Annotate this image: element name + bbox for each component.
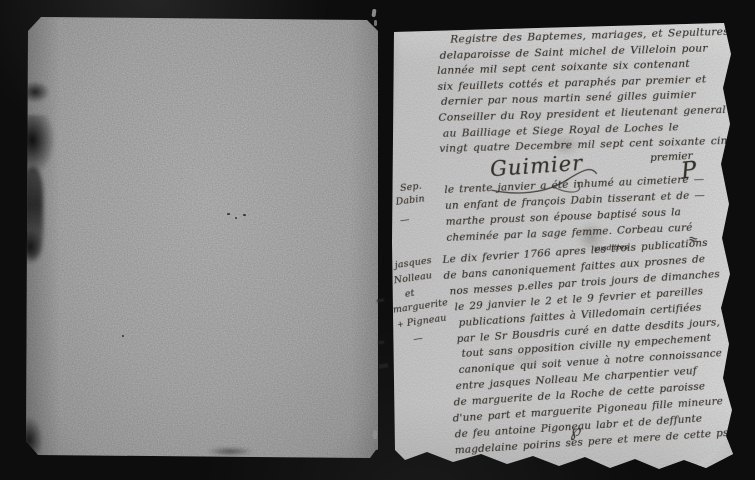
margin-line: Dabin [395, 193, 426, 210]
paper-grain-texture [26, 17, 378, 458]
scanned-register-spread: Registre des Baptemes, mariages, et Sepu… [0, 0, 755, 480]
left-blank-page [26, 17, 378, 458]
ink-smudge [206, 447, 254, 456]
binding-stitch [374, 20, 377, 26]
binding-stitch [371, 9, 376, 17]
register-header-text: Registre des Baptemes, mariages, et Sepu… [436, 25, 735, 158]
margin-dash: — [399, 211, 428, 228]
ink-mark [377, 298, 384, 302]
ink-speck [227, 213, 230, 215]
ink-smudge [17, 115, 55, 175]
margin-cross-mark: + [396, 320, 404, 330]
binding-stitch [375, 443, 378, 450]
ink-smudge [17, 229, 44, 265]
ink-speck [243, 214, 246, 216]
right-manuscript-page: Registre des Baptemes, mariages, et Sepu… [388, 22, 735, 472]
ink-smudge [15, 417, 43, 463]
margin-note-sepulture: Sep. Dabin — [393, 179, 427, 227]
marriage-banns-entry-text: Le dix fevrier 1766 apres les trois publ… [442, 234, 742, 459]
burial-entry-text: le trente janvier a été inhumé au cimeti… [444, 171, 707, 246]
ink-mark [378, 341, 384, 345]
binding-stitch [373, 430, 377, 439]
ink-speck [235, 217, 237, 219]
ink-smudge [20, 81, 50, 103]
ink-mark [379, 363, 388, 368]
ink-speck [122, 335, 124, 337]
